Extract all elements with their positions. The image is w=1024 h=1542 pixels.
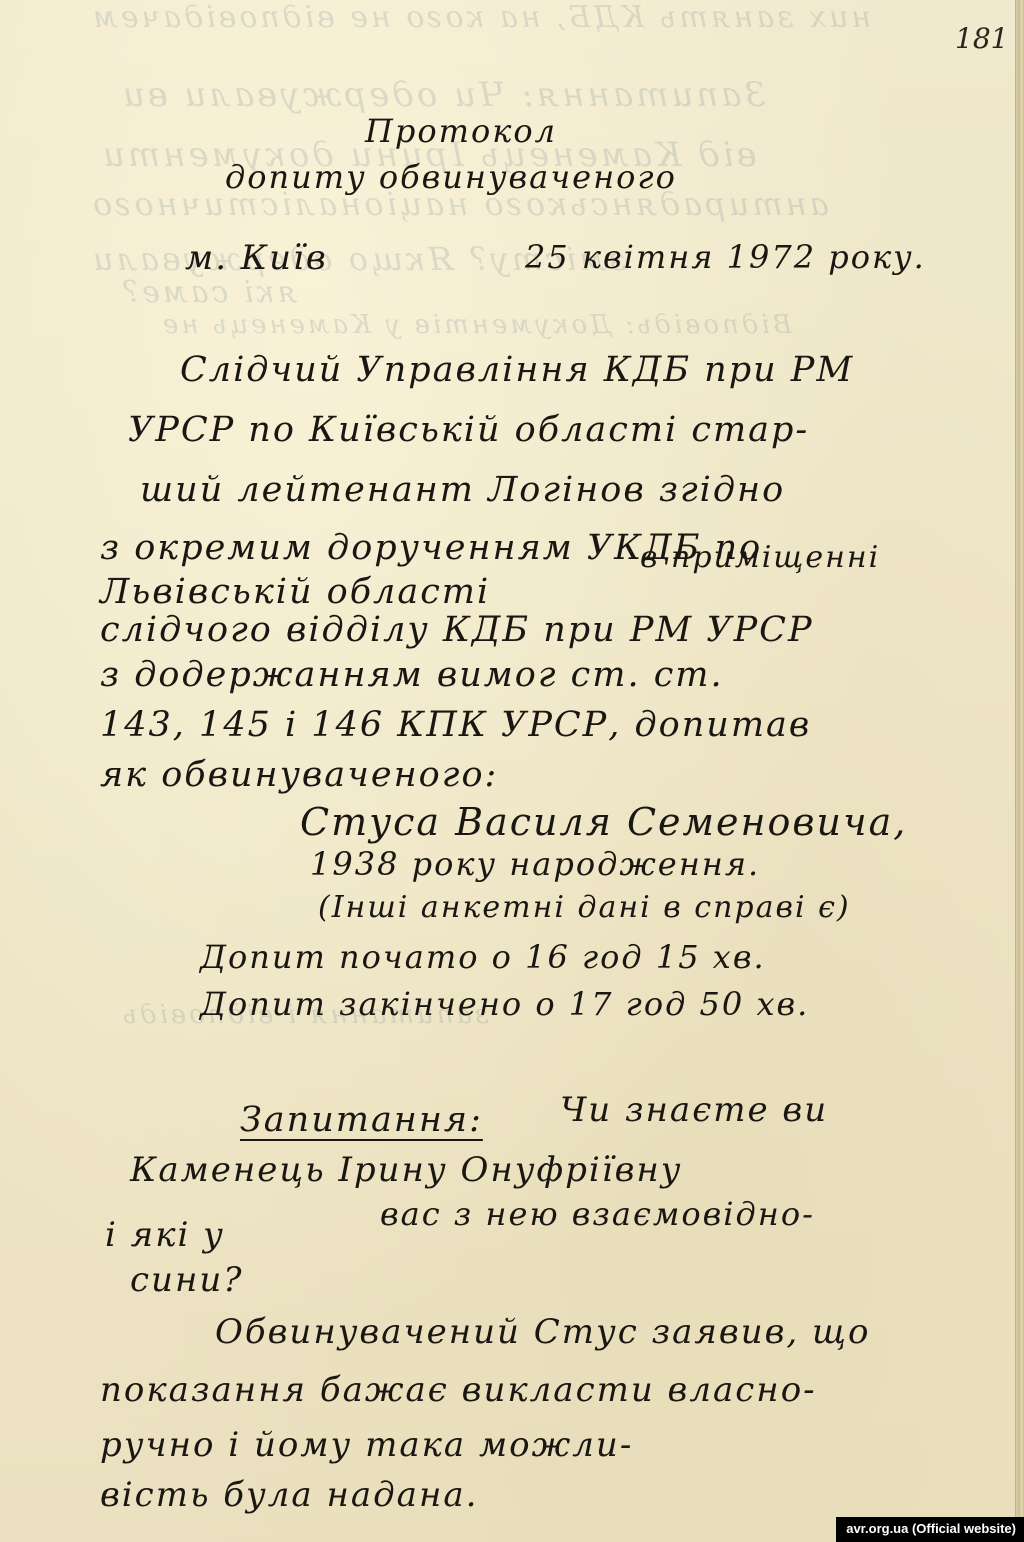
body-line: слідчого відділу КДБ при РМ УРСР xyxy=(100,610,814,650)
accused-name: Стуса Василя Семеновича, xyxy=(300,800,907,844)
question-line: сини? xyxy=(130,1260,243,1300)
document-title: Протокол xyxy=(365,112,557,150)
date: 25 квітня 1972 року. xyxy=(525,238,926,276)
answer-line: ручно і йому така можли- xyxy=(100,1425,633,1465)
bleed-line: Запитання: Чи одержували ви xyxy=(120,75,766,115)
page-binding-edge xyxy=(1015,0,1024,1542)
question-line: Чи знаєте ви xyxy=(560,1090,828,1130)
question-label: Запитання: xyxy=(240,1100,483,1140)
page-number: 181 xyxy=(955,22,1008,55)
bleed-line: Відповідь: Документів у Каменець не xyxy=(160,310,792,340)
body-line: УРСР по Київській області стар- xyxy=(128,410,809,450)
question-line-insert: вас з нею взаємовідно- xyxy=(380,1195,815,1233)
document-subtitle: допиту обвинуваченого xyxy=(225,158,677,196)
question-line: Каменець Ірину Онуфріївну xyxy=(130,1150,683,1190)
body-line: з додержанням вимог ст. ст. xyxy=(100,655,724,695)
interrogation-end: Допит закінчено о 17 год 50 хв. xyxy=(200,985,809,1023)
bleed-line: них занять КДБ, на кого не відповідачем xyxy=(90,0,871,35)
body-line: Слідчий Управління КДБ при РМ xyxy=(180,350,854,390)
interrogation-start: Допит почато о 16 год 15 хв. xyxy=(200,938,766,976)
birth-year: 1938 року народження. xyxy=(310,845,760,883)
answer-line: вість була надана. xyxy=(100,1475,478,1515)
other-data-note: (Інші анкетні дані в справі є) xyxy=(318,890,851,925)
body-line: як обвинуваченого: xyxy=(100,755,498,795)
answer-line: показання бажає викласти власно- xyxy=(100,1370,817,1410)
body-line: 143, 145 і 146 КПК УРСР, допитав xyxy=(100,705,811,745)
answer-line: Обвинувачений Стус заявив, що xyxy=(215,1312,871,1352)
document-page: них занять КДБ, на кого не відповідачем … xyxy=(0,0,1024,1542)
body-line: ший лейтенант Логінов згідно xyxy=(140,470,785,510)
body-line: Львівській області xyxy=(100,572,490,612)
question-line: і які у xyxy=(105,1215,225,1255)
city: м. Київ xyxy=(185,238,328,278)
body-line-insert: в приміщенні xyxy=(640,540,880,575)
bleed-line: які саме? xyxy=(120,275,297,310)
source-watermark: avr.org.ua (Official website) xyxy=(836,1517,1024,1542)
